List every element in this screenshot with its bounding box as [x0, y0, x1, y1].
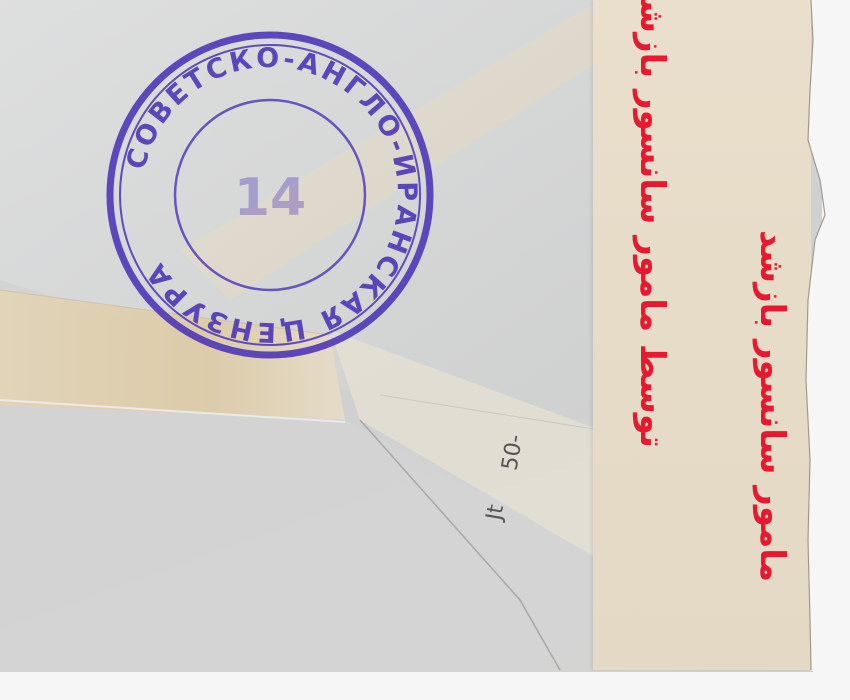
- censor-stamp: СОВЕТСКО-АНГЛО-ИРАНСКАЯ ЦЕНЗУРА 14: [95, 25, 445, 365]
- persian-line-right: مامور سانسور بازشد: [752, 230, 792, 680]
- persian-line-left: توسط مامور سانسور بازشد: [632, 0, 672, 680]
- stamp-center-number: 14: [234, 168, 306, 228]
- envelope-scene: СОВЕТСКО-АНГЛО-ИРАНСКАЯ ЦЕНЗУРА 14 توسط …: [0, 0, 850, 700]
